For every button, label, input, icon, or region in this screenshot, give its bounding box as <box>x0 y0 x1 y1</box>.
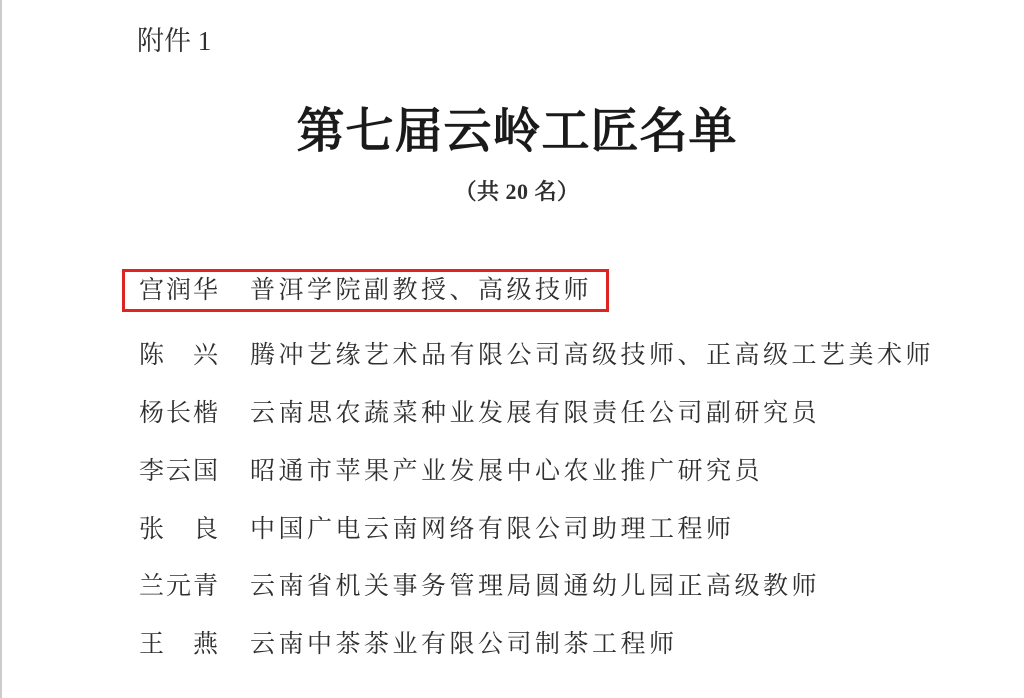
awardee-name: 张 良 <box>139 517 221 542</box>
awardee-org: 云南思农蔬菜种业发展有限责任公司副研究员 <box>250 401 820 426</box>
awardee-org: 云南省机关事务管理局圆通幼儿园正高级教师 <box>250 574 820 599</box>
awardee-name: 杨长楷 <box>139 401 221 426</box>
awardee-list: 宫润华 普洱学院副教授、高级技师 陈 兴 腾冲艺缘艺术品有限公司高级技师、正高级… <box>0 0 1024 698</box>
awardee-name: 王 燕 <box>139 632 221 657</box>
awardee-name: 兰元青 <box>139 574 221 599</box>
list-item: 李云国 昭通市苹果产业发展中心农业推广研究员 <box>122 450 766 493</box>
awardee-name: 陈 兴 <box>139 343 221 368</box>
awardee-org: 腾冲艺缘艺术品有限公司高级技师、正高级工艺美术师 <box>250 343 934 368</box>
list-item: 杨长楷 云南思农蔬菜种业发展有限责任公司副研究员 <box>122 392 823 435</box>
awardee-org: 中国广电云南网络有限公司助理工程师 <box>250 517 735 542</box>
awardee-org: 昭通市苹果产业发展中心农业推广研究员 <box>250 459 763 484</box>
awardee-org: 普洱学院副教授、高级技师 <box>250 278 592 303</box>
list-item: 王 燕 云南中茶茶业有限公司制茶工程师 <box>122 623 681 666</box>
awardee-name: 宫润华 <box>139 278 221 303</box>
list-item: 陈 兴 腾冲艺缘艺术品有限公司高级技师、正高级工艺美术师 <box>122 334 937 377</box>
awardee-name: 李云国 <box>139 459 221 484</box>
document-page: 附件 1 第七届云岭工匠名单 （共 20 名） 宫润华 普洱学院副教授、高级技师… <box>0 0 1024 698</box>
list-item: 兰元青 云南省机关事务管理局圆通幼儿园正高级教师 <box>122 565 823 608</box>
list-item: 张 良 中国广电云南网络有限公司助理工程师 <box>122 508 738 551</box>
awardee-org: 云南中茶茶业有限公司制茶工程师 <box>250 632 678 657</box>
list-item-highlighted: 宫润华 普洱学院副教授、高级技师 <box>122 269 609 312</box>
